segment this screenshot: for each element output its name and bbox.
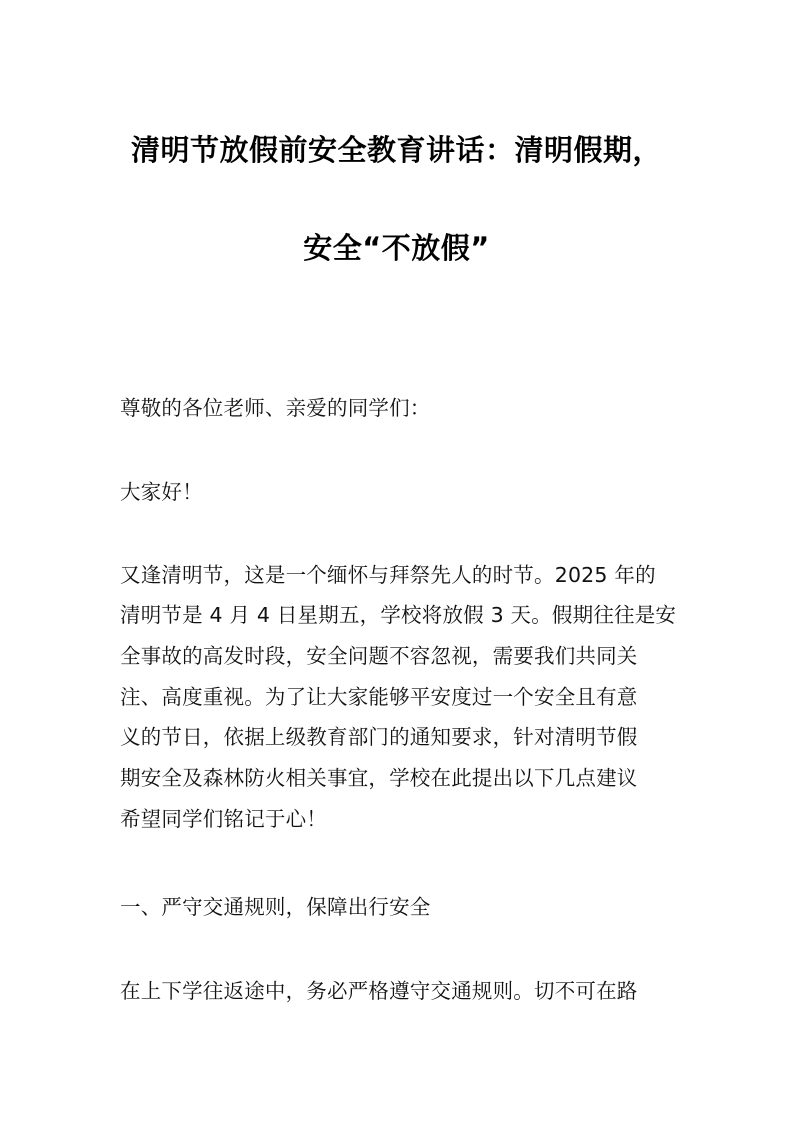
salutation: 尊敬的各位老师、亲爱的同学们： <box>120 395 431 421</box>
section-1-line: 在上下学往返途中，务必严格遵守交通规则。切不可在路 <box>120 978 638 1004</box>
paragraph-1-line: 注、高度重视。为了让大家能够平安度过一个安全且有意 <box>120 684 638 710</box>
document-title-line-2: 安全“不放假” <box>0 231 793 265</box>
paragraph-1-line: 全事故的高发时段，安全问题不容忽视，需要我们共同关 <box>120 643 638 669</box>
document-page: 清明节放假前安全教育讲话：清明假期， 安全“不放假” 尊敬的各位老师、亲爱的同学… <box>0 0 793 1122</box>
greeting: 大家好！ <box>120 479 203 505</box>
paragraph-1-line: 又逢清明节，这是一个缅怀与拜祭先人的时节。2025 年的 <box>120 562 656 588</box>
paragraph-1-line: 期安全及森林防火相关事宜，学校在此提出以下几点建议 <box>120 765 638 791</box>
section-1-heading: 一、严守交通规则，保障出行安全 <box>120 894 431 920</box>
document-title-line-1: 清明节放假前安全教育讲话：清明假期， <box>0 133 793 167</box>
paragraph-1-line: 清明节是 4 月 4 日星期五，学校将放假 3 天。假期往往是安 <box>120 602 676 628</box>
paragraph-1-line: 希望同学们铭记于心！ <box>120 806 327 832</box>
paragraph-1-line: 义的节日，依据上级教育部门的通知要求，针对清明节假 <box>120 724 638 750</box>
